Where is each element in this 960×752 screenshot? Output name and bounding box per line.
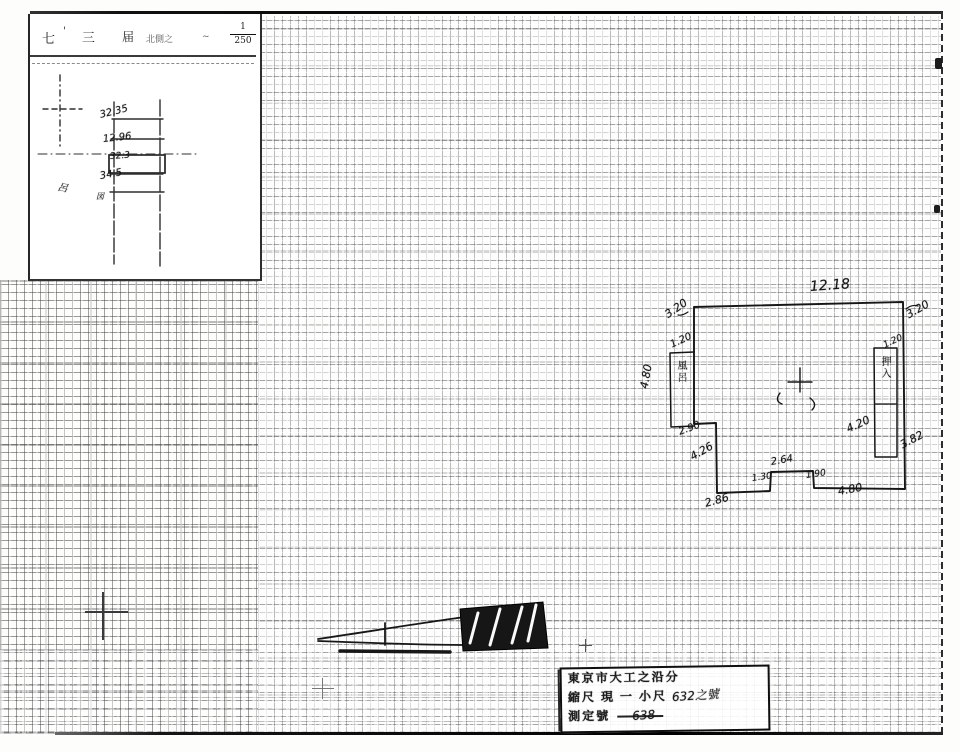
- stamp-line-3: 測定號 638: [562, 705, 768, 727]
- stamp-line2-handwritten: 632之號: [671, 685, 719, 707]
- surveyor-stamp: 東京市大工之沿分 縮尺 現 一 小尺 632之號 測定號 638: [560, 665, 771, 734]
- scanned-survey-sheet: 七 ' 三 届 北側之 ~ 1 250: [0, 0, 960, 752]
- inset-sketch: [30, 14, 256, 275]
- interior-scribble: [777, 393, 782, 404]
- inset-small-mark: 図: [96, 191, 104, 202]
- stamp-line2-printed: 縮尺 現 一 小尺: [568, 689, 667, 704]
- scan-artifact-blob: [935, 58, 942, 69]
- stamp-line1-text: 東京市大工之沿分: [568, 670, 680, 686]
- interior-scribble: [810, 398, 815, 410]
- smudge-lower-edge: [318, 641, 470, 645]
- smudge-upper-edge: [318, 617, 465, 639]
- room-label-left: 風呂: [673, 360, 688, 422]
- sheet-bottom-border: [55, 732, 943, 735]
- faint-cross-h: [312, 688, 334, 689]
- ink-smudge: [310, 595, 560, 665]
- registration-cross-h: [85, 611, 128, 613]
- smudge-underline: [340, 651, 450, 652]
- registration-cross-v: [102, 592, 104, 640]
- inset-dim: 32.3: [110, 151, 131, 162]
- scan-artifact-blob: [934, 205, 940, 213]
- room-label-right: 押入: [877, 356, 892, 426]
- stamp-line3-handwritten: 638: [632, 706, 656, 726]
- dim-top: 12.18: [809, 276, 850, 295]
- inset-location-map: 七 ' 三 届 北側之 ~ 1 250: [28, 14, 262, 281]
- building-outline-path: [694, 302, 905, 493]
- faint-cross-v: [322, 678, 323, 699]
- stamp-line3-printed: 測定號: [568, 709, 610, 724]
- tiny-cross-v: [585, 639, 586, 652]
- building-outline-drawing: [620, 260, 960, 540]
- interior-cross: [788, 368, 812, 392]
